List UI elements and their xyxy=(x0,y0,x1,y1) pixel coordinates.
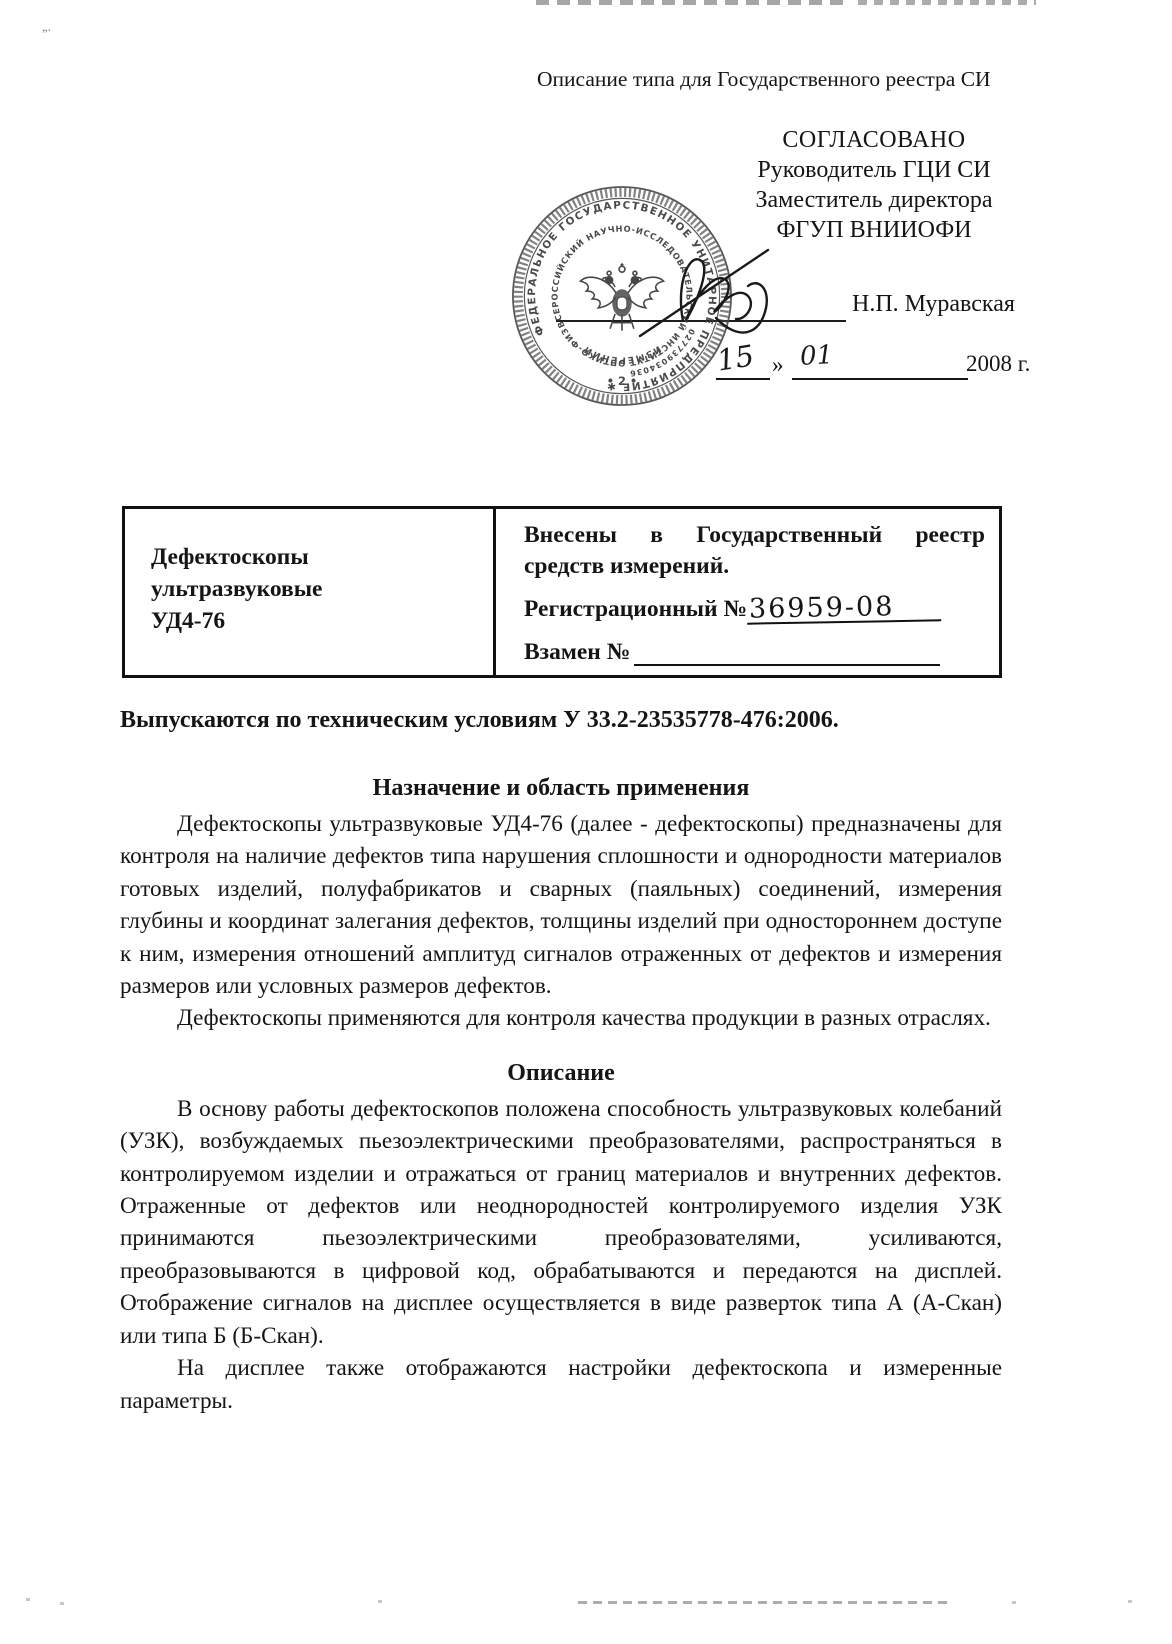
registration-number-label: Регистрационный № xyxy=(524,596,747,622)
paragraph: Дефектоскопы применяются для контроля ка… xyxy=(120,1002,1002,1034)
registration-number-line: Регистрационный №36959-08 xyxy=(524,594,985,623)
approval-role-line: Заместитель директора xyxy=(738,185,1010,215)
scan-artifact-bottom xyxy=(578,1601,950,1604)
paragraph: В основу работы дефектоскопов положена с… xyxy=(120,1093,1002,1352)
device-name-line: УД4-76 xyxy=(151,605,483,637)
entered-note: Внесены в Государственный реестр средств… xyxy=(524,520,985,582)
signature-scribble xyxy=(588,236,818,351)
handwritten-month: 01 xyxy=(799,340,834,372)
scan-artifact-mark: „. xyxy=(42,22,51,32)
replaces-line: Взамен № xyxy=(524,639,985,666)
scan-speck xyxy=(1128,1600,1132,1603)
scan-speck xyxy=(60,1602,64,1605)
handwritten-day: 15 xyxy=(715,338,757,377)
scan-speck xyxy=(378,1600,382,1603)
paragraph: На дисплее также отображаются настройки … xyxy=(120,1352,1002,1417)
device-name-cell: Дефектоскопы ультразвуковые УД4-76 xyxy=(125,509,496,675)
technical-conditions-line: Выпускаются по техническим условиям У 33… xyxy=(120,707,1020,734)
seal-center-mark: • 2 • xyxy=(607,374,637,388)
document-body: Назначение и область применения Дефектос… xyxy=(120,774,1002,1417)
device-name-line: Дефектоскопы xyxy=(151,541,483,573)
registration-cell: Внесены в Государственный реестр средств… xyxy=(496,509,999,675)
signee-name: Н.П. Муравская xyxy=(852,291,1015,318)
scan-speck xyxy=(1012,1601,1016,1604)
paragraph: Дефектоскопы ультразвуковые УД4-76 (дале… xyxy=(120,808,1002,1002)
replaces-blank-underline xyxy=(634,639,940,666)
approval-block: СОГЛАСОВАНО Руководитель ГЦИ СИ Заместит… xyxy=(738,125,1010,245)
registration-table: Дефектоскопы ультразвуковые УД4-76 Внесе… xyxy=(122,506,1002,678)
date-closing-quote: » xyxy=(772,352,784,378)
scan-speck xyxy=(26,1598,30,1601)
replaces-label: Взамен № xyxy=(524,639,630,665)
approval-role-line: Руководитель ГЦИ СИ xyxy=(738,155,1010,185)
header-note: Описание типа для Государственного реест… xyxy=(537,67,991,92)
section-heading-description: Описание xyxy=(120,1059,1002,1087)
scan-artifact-top xyxy=(858,0,1036,5)
date-year: 2008 г. xyxy=(966,351,1030,377)
scan-artifact-top xyxy=(536,0,846,5)
section-heading-purpose: Назначение и область применения xyxy=(120,774,1002,802)
scanned-document-page: „. Описание типа для Государственного ре… xyxy=(0,0,1172,1644)
device-name-line: ультразвуковые xyxy=(151,573,483,605)
registration-number-value-handwritten: 36959-08 xyxy=(747,592,941,624)
approval-title: СОГЛАСОВАНО xyxy=(738,125,1010,155)
